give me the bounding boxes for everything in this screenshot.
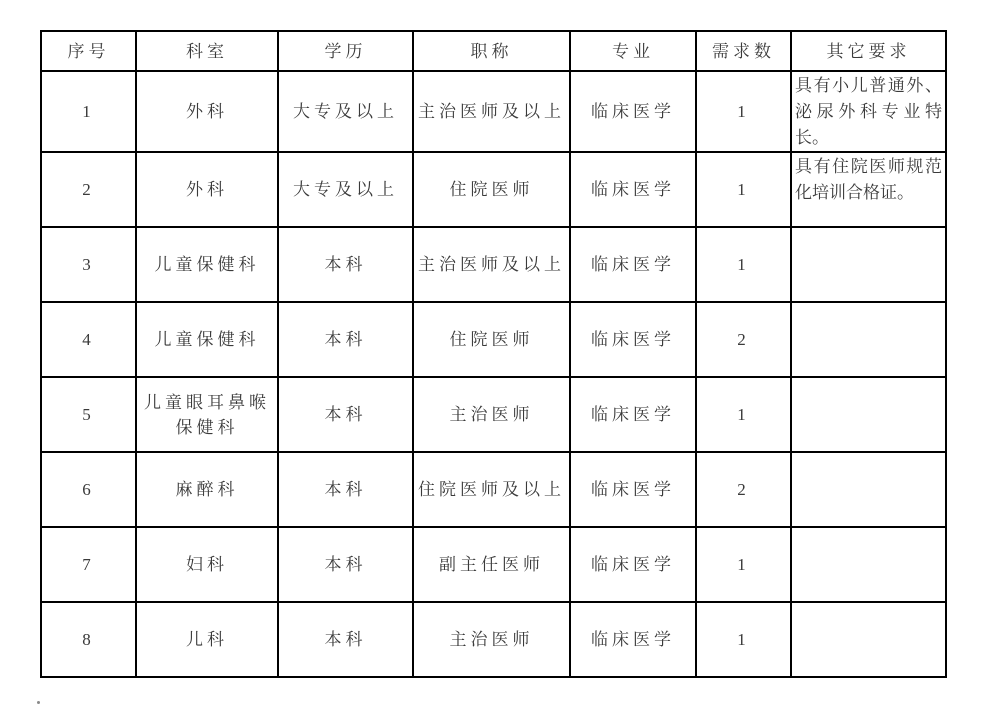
cell-title: 主治医师及以上	[413, 227, 570, 302]
cell-count: 2	[696, 452, 791, 527]
cell-title: 主治医师	[413, 377, 570, 452]
cell-count: 2	[696, 302, 791, 377]
cell-dept: 外科	[136, 71, 278, 152]
cell-title: 住院医师	[413, 302, 570, 377]
cell-seq: 2	[41, 152, 136, 227]
cell-edu: 本科	[278, 602, 413, 677]
cell-edu: 本科	[278, 452, 413, 527]
cell-seq: 6	[41, 452, 136, 527]
column-header-seq: 序号	[41, 31, 136, 71]
cell-count: 1	[696, 227, 791, 302]
cell-dept: 麻醉科	[136, 452, 278, 527]
cell-count: 1	[696, 602, 791, 677]
column-header-title: 职称	[413, 31, 570, 71]
cell-seq: 8	[41, 602, 136, 677]
table-row: 7 妇科 本科 副主任医师 临床医学 1	[41, 527, 946, 602]
cell-dept: 妇科	[136, 527, 278, 602]
table-row: 5 儿童眼耳鼻喉保健科 本科 主治医师 临床医学 1	[41, 377, 946, 452]
stray-mark	[37, 701, 40, 704]
cell-major: 临床医学	[570, 377, 696, 452]
cell-seq: 7	[41, 527, 136, 602]
cell-seq: 4	[41, 302, 136, 377]
cell-major: 临床医学	[570, 452, 696, 527]
table-row: 4 儿童保健科 本科 住院医师 临床医学 2	[41, 302, 946, 377]
cell-count: 1	[696, 527, 791, 602]
cell-major: 临床医学	[570, 602, 696, 677]
cell-count: 1	[696, 377, 791, 452]
header-row: 序号 科室 学历 职称 专业 需求数 其它要求	[41, 31, 946, 71]
column-header-edu: 学历	[278, 31, 413, 71]
cell-title: 主治医师	[413, 602, 570, 677]
cell-count: 1	[696, 71, 791, 152]
cell-seq: 1	[41, 71, 136, 152]
column-header-other: 其它要求	[791, 31, 946, 71]
cell-edu: 大专及以上	[278, 71, 413, 152]
cell-seq: 3	[41, 227, 136, 302]
table-container: 序号 科室 学历 职称 专业 需求数 其它要求 1 外科 大专及以上 主治医师及…	[40, 30, 947, 678]
cell-major: 临床医学	[570, 227, 696, 302]
cell-title: 住院医师及以上	[413, 452, 570, 527]
cell-title: 主治医师及以上	[413, 71, 570, 152]
cell-major: 临床医学	[570, 152, 696, 227]
recruitment-table: 序号 科室 学历 职称 专业 需求数 其它要求 1 外科 大专及以上 主治医师及…	[40, 30, 947, 678]
table-row: 6 麻醉科 本科 住院医师及以上 临床医学 2	[41, 452, 946, 527]
cell-edu: 大专及以上	[278, 152, 413, 227]
cell-major: 临床医学	[570, 71, 696, 152]
cell-dept: 外科	[136, 152, 278, 227]
cell-edu: 本科	[278, 527, 413, 602]
column-header-major: 专业	[570, 31, 696, 71]
column-header-dept: 科室	[136, 31, 278, 71]
cell-edu: 本科	[278, 302, 413, 377]
table-row: 3 儿童保健科 本科 主治医师及以上 临床医学 1	[41, 227, 946, 302]
cell-other: 具有小儿普通外、泌尿外科专业特长。	[791, 71, 946, 152]
cell-dept: 儿童眼耳鼻喉保健科	[136, 377, 278, 452]
cell-other	[791, 602, 946, 677]
cell-other	[791, 452, 946, 527]
cell-seq: 5	[41, 377, 136, 452]
cell-dept: 儿童保健科	[136, 227, 278, 302]
cell-title: 副主任医师	[413, 527, 570, 602]
cell-major: 临床医学	[570, 527, 696, 602]
cell-major: 临床医学	[570, 302, 696, 377]
cell-dept: 儿科	[136, 602, 278, 677]
table-row: 1 外科 大专及以上 主治医师及以上 临床医学 1 具有小儿普通外、泌尿外科专业…	[41, 71, 946, 152]
cell-title: 住院医师	[413, 152, 570, 227]
document-page: 序号 科室 学历 职称 专业 需求数 其它要求 1 外科 大专及以上 主治医师及…	[0, 0, 989, 707]
cell-edu: 本科	[278, 227, 413, 302]
cell-other	[791, 527, 946, 602]
cell-other	[791, 377, 946, 452]
cell-count: 1	[696, 152, 791, 227]
cell-dept: 儿童保健科	[136, 302, 278, 377]
cell-other	[791, 227, 946, 302]
column-header-count: 需求数	[696, 31, 791, 71]
cell-other	[791, 302, 946, 377]
table-row: 8 儿科 本科 主治医师 临床医学 1	[41, 602, 946, 677]
table-row: 2 外科 大专及以上 住院医师 临床医学 1 具有住院医师规范化培训合格证。	[41, 152, 946, 227]
cell-other: 具有住院医师规范化培训合格证。	[791, 152, 946, 227]
cell-edu: 本科	[278, 377, 413, 452]
